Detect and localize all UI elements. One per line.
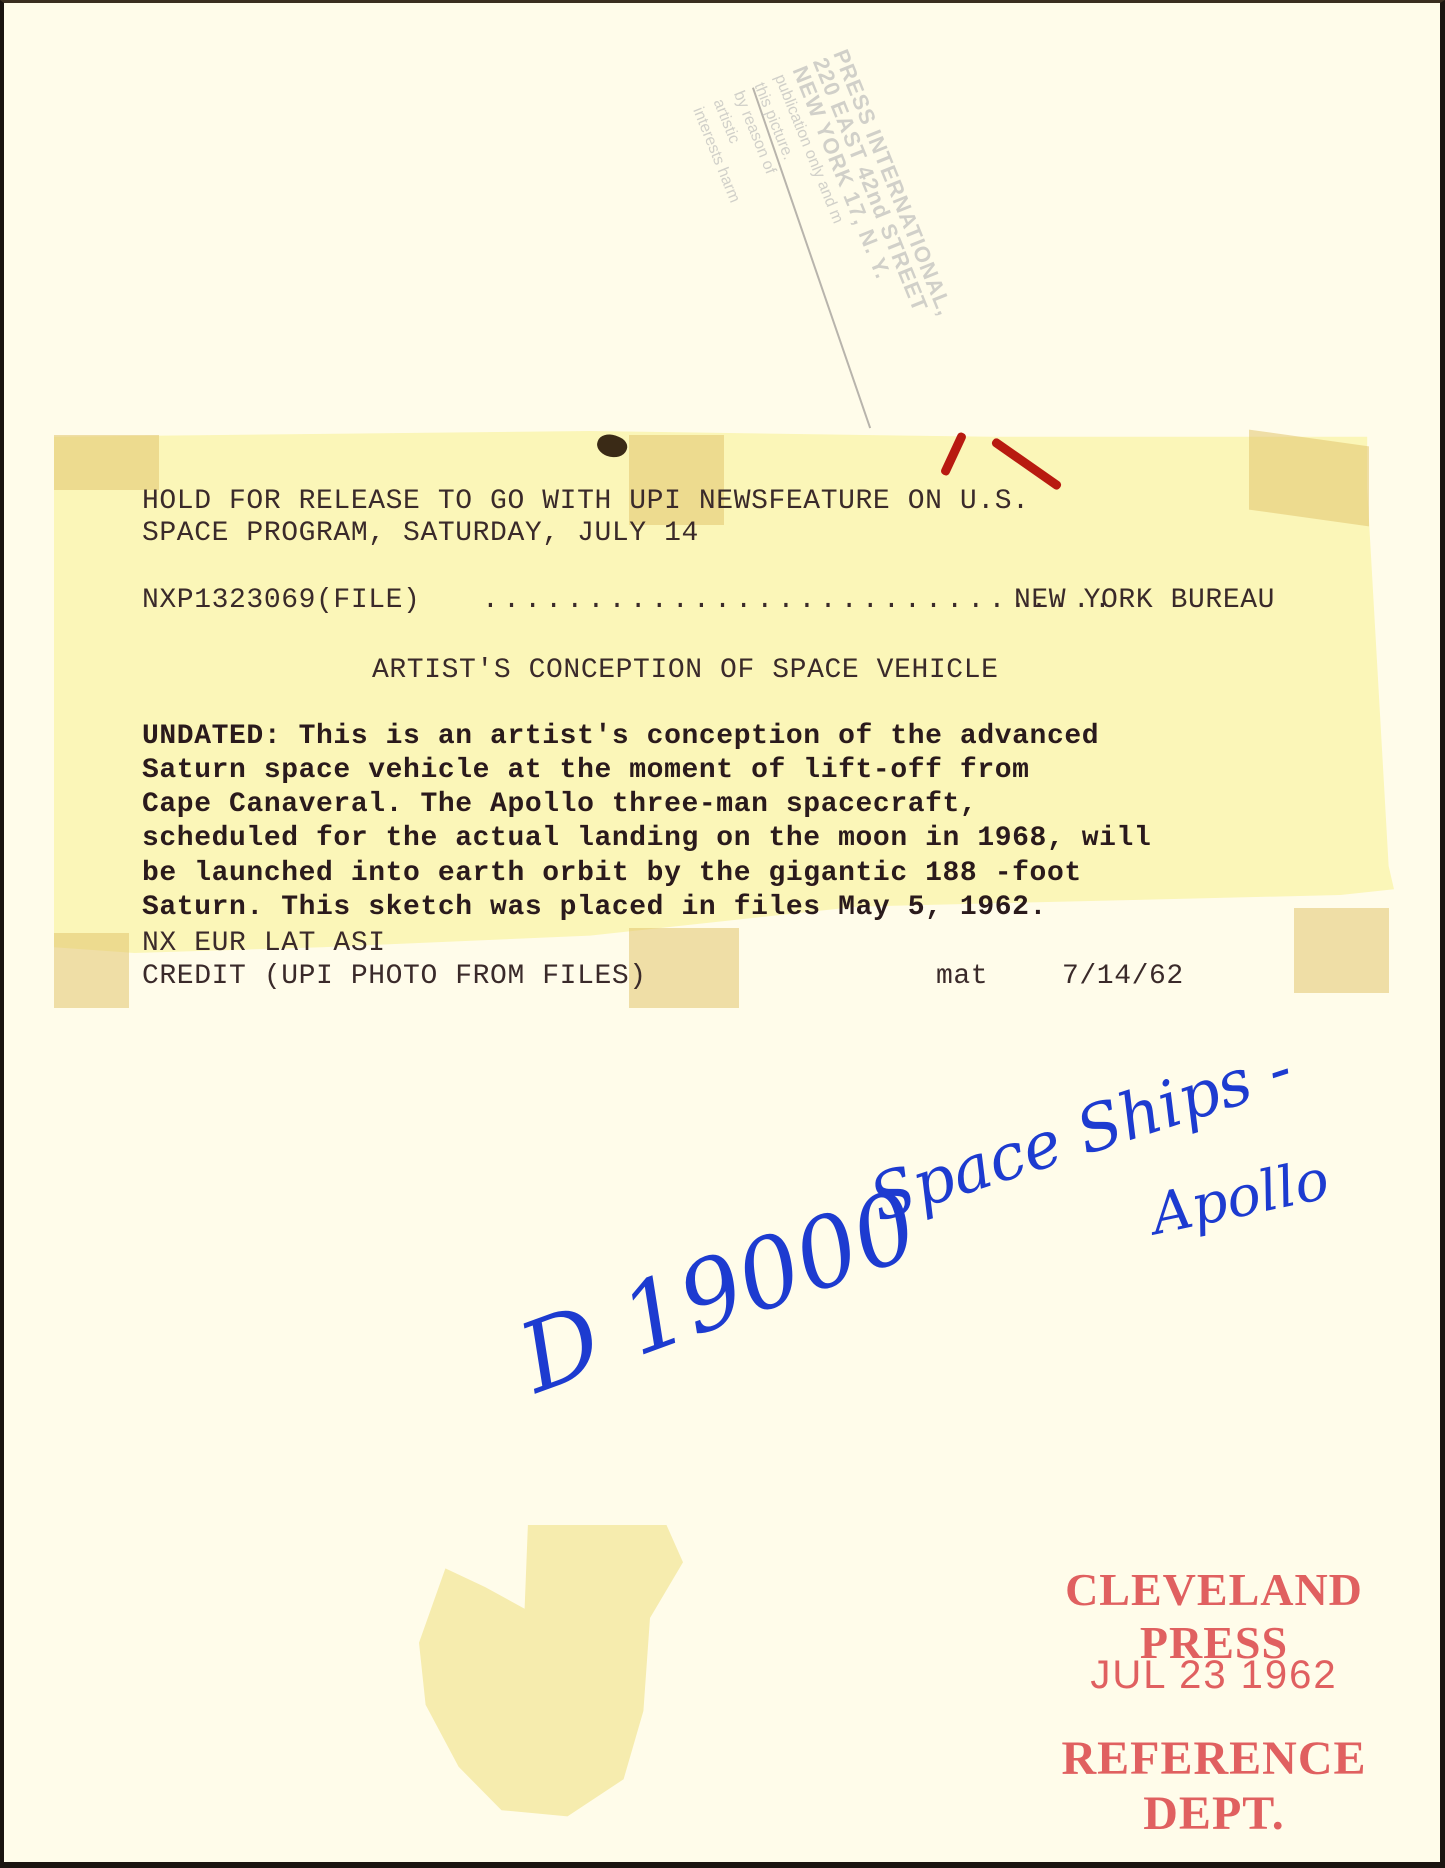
- caption-body-line: be launched into earth orbit by the giga…: [142, 858, 1082, 889]
- handwritten-subject-sub: Apollo: [1145, 1147, 1334, 1248]
- faded-upi-back-stamp: PRESS INTERNATIONAL, 220 EAST 42nd STREE…: [516, 46, 962, 459]
- caption-body-line: Saturn space vehicle at the moment of li…: [142, 755, 1030, 786]
- stamp-date: JUL 23 1962: [1014, 1653, 1414, 1698]
- tape-strip: [1249, 430, 1369, 527]
- caption-date: 7/14/62: [1062, 961, 1184, 992]
- tape-strip: [1294, 908, 1389, 993]
- photo-credit: CREDIT (UPI PHOTO FROM FILES): [142, 961, 647, 992]
- tape-strip: [54, 933, 129, 1008]
- typist-initials: mat: [936, 961, 988, 992]
- caption-body-line: Cape Canaveral. The Apollo three-man spa…: [142, 789, 977, 820]
- handwritten-catalog-number: D 19000: [506, 1169, 932, 1415]
- photo-back: PRESS INTERNATIONAL, 220 EAST 42nd STREE…: [0, 0, 1445, 1868]
- caption-body-line: Saturn. This sketch was placed in files …: [142, 892, 1047, 923]
- caption-headline: ARTIST'S CONCEPTION OF SPACE VEHICLE: [372, 655, 999, 686]
- yellow-stain: [419, 1525, 749, 1835]
- caption-line-2: SPACE PROGRAM, SATURDAY, JULY 14: [142, 518, 699, 549]
- stamp-department: REFERENCE DEPT.: [1004, 1731, 1424, 1841]
- caption-body-line: UNDATED: This is an artist's conception …: [142, 721, 1099, 752]
- tape-strip: [54, 435, 159, 490]
- caption-body-line: scheduled for the actual landing on the …: [142, 823, 1151, 854]
- distribution-codes: NX EUR LAT ASI: [142, 928, 386, 959]
- file-id: NXP1323069(FILE): [142, 585, 420, 616]
- bureau: NEW YORK BUREAU: [1014, 585, 1275, 616]
- caption-line-1: HOLD FOR RELEASE TO GO WITH UPI NEWSFEAT…: [142, 486, 1030, 517]
